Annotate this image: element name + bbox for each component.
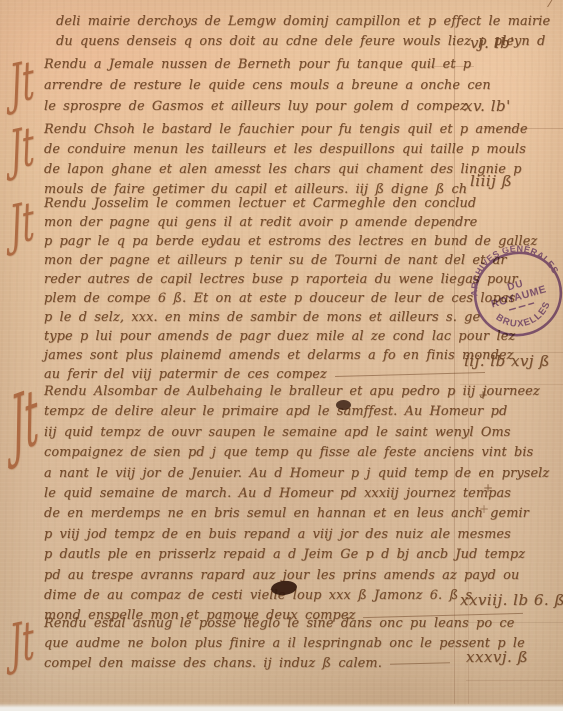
manuscript-line-text: compel den maisse des chans. ij induz ß … [44, 656, 382, 671]
manuscript-line: p le d selz, xxx. en mins de sambir de m… [44, 308, 514, 327]
manuscript-line: mon der pagne et ailleurs p tenir su de … [44, 251, 514, 270]
margin-sum: vj. lb' [470, 34, 515, 52]
manuscript-page: 7 deli mairie derchoys de Lemgw dominj c… [0, 0, 563, 711]
ledger-entry: Rendu Josselim le commen lectuer et Carm… [44, 194, 514, 384]
ledger-entry: Rendu estal asnug le posse lieglo le sin… [44, 614, 514, 674]
manuscript-line: plem de compe 6 ß. Et on at este p douce… [44, 289, 514, 308]
item-initial: Jt [8, 610, 36, 678]
manuscript-line: p dautls ple en prisserlz repaid a d Jei… [44, 545, 514, 565]
item-initial: Jt [8, 116, 36, 184]
manuscript-line: james sont plus plainemd amends et delar… [44, 346, 514, 365]
manuscript-line: le sprospre de Gasmos et ailleurs luy po… [44, 96, 514, 117]
manuscript-line: p viij jod tempz de en buis repand a vii… [44, 525, 514, 545]
ledger-entry: Rendu Chsoh le bastard le fauchier pour … [44, 120, 514, 200]
manuscript-line: iij quid tempz de ouvr saupen le semaine… [44, 423, 514, 443]
ledger-entry: deli mairie derchoys de Lemgw dominj cam… [56, 12, 526, 52]
audit-cross-mark: + [483, 481, 493, 495]
ledger-entry: Rendu a Jemale nussen de Berneth pour fu… [44, 54, 514, 117]
manuscript-line-text: au ferir del viij patermir de ces compez [44, 367, 327, 382]
item-initial: Jt [8, 50, 36, 118]
manuscript-line: que audme ne bolon plus finire a il lesp… [44, 634, 514, 654]
audit-cross-mark: + [479, 502, 489, 516]
manuscript-line: type p lui pour amends de pagr duez mile… [44, 327, 514, 346]
manuscript-line: mon der pagne qui gens il at redit avoir… [44, 213, 514, 232]
manuscript-line: du quens denseis q ons doit au cdne dele… [56, 32, 526, 52]
margin-sum: xxxvj. ß [466, 648, 528, 666]
manuscript-line: Rendu Alsombar de Aulbehaing le bralleur… [44, 382, 514, 402]
margin-sum: iij. lb xvj ß [464, 352, 550, 370]
manuscript-line: deli mairie derchoys de Lemgw dominj cam… [56, 12, 526, 32]
margin-sum: xxviij. lb 6. ß [460, 591, 563, 609]
manuscript-line: de en merdemps ne en bris semul en hanna… [44, 504, 514, 524]
manuscript-line: Rendu Josselim le commen lectuer et Carm… [44, 194, 514, 213]
audit-cross-mark: + [478, 388, 488, 402]
manuscript-line: compel den maisse des chans. ij induz ß … [44, 654, 514, 674]
margin-sum: xv. lb' [464, 97, 511, 115]
line-end-flourish [335, 372, 485, 377]
ink-blot [336, 400, 351, 410]
manuscript-line: p pagr le q pa berde eydau et estroms de… [44, 232, 514, 251]
margin-rule-horizontal [466, 680, 563, 681]
manuscript-line: de lapon ghane et alen amesst les chars … [44, 160, 514, 180]
manuscript-line: Rendu Chsoh le bastard le fauchier pour … [44, 120, 514, 140]
item-initial: Jt [8, 191, 36, 259]
manuscript-line: Rendu a Jemale nussen de Berneth pour fu… [44, 54, 514, 75]
manuscript-line: de conduire menun les tailleurs et les d… [44, 140, 514, 160]
manuscript-line: Rendu estal asnug le posse lieglo le sin… [44, 614, 514, 634]
manuscript-line: arrendre de resture le quide cens mouls … [44, 75, 514, 96]
line-end-flourish [390, 662, 450, 665]
manuscript-line: a nant le viij jor de Jenuier. Au d Home… [44, 464, 514, 484]
folio-number: 7 [545, 0, 555, 11]
item-initial: Jt [8, 372, 41, 473]
manuscript-line: compaignez de sien pd j que temp qu fiss… [44, 443, 514, 463]
manuscript-line: reder autres de capil lectres buse p rap… [44, 270, 514, 289]
scan-edge [0, 703, 563, 711]
manuscript-line: tempz de delire aleur le primaire apd le… [44, 402, 514, 422]
manuscript-line: le quid semaine de march. Au d Homeur pd… [44, 484, 514, 504]
margin-sum: liiij ß [470, 172, 512, 190]
